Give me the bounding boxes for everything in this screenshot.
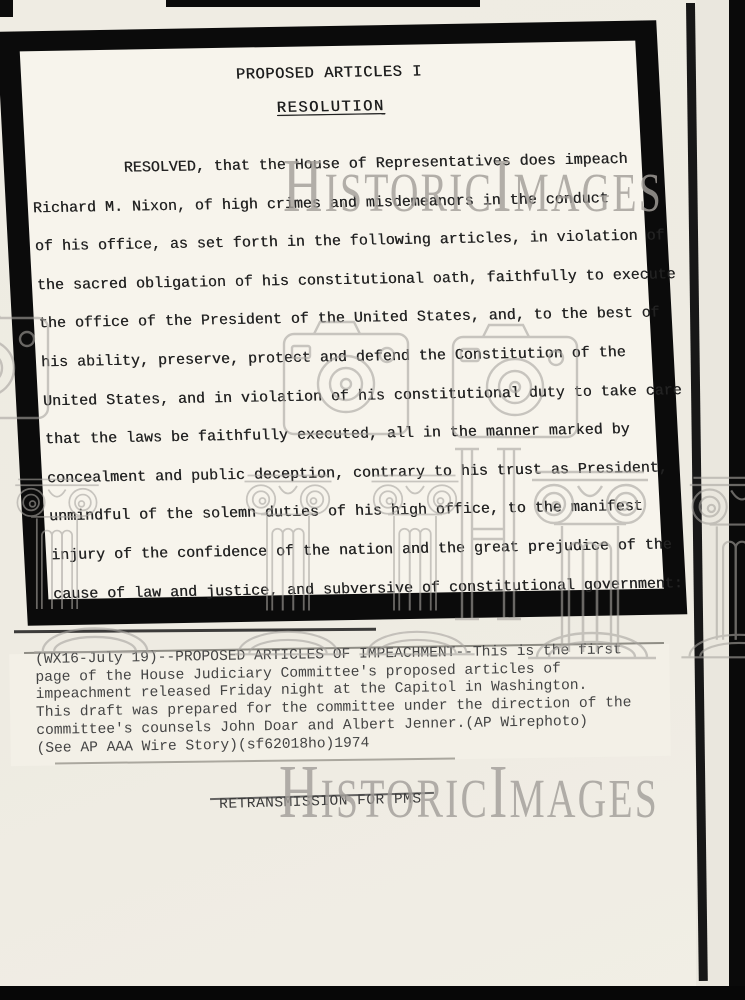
historicimages-watermark: HISTORICIMAGES: [279, 754, 659, 830]
photo-corner-mark: [0, 0, 13, 17]
watermark-letters: MAGES: [513, 162, 662, 223]
press-photo: { "brand": { "part1_big": "H", "part1_sm…: [0, 0, 745, 1000]
caption-text: (WX16-July 19)--PROPOSED ARTICLES OF IMP…: [35, 642, 667, 759]
watermark-letter: I: [493, 144, 513, 228]
document-title: PROPOSED ARTICLES I: [21, 59, 637, 88]
watermark-letter: H: [279, 750, 321, 834]
watermark-letter: H: [283, 144, 325, 228]
watermark-letters: ISTORIC: [321, 768, 489, 829]
historicimages-watermark: HISTORICIMAGES: [283, 148, 663, 224]
document-subtitle: RESOLUTION: [22, 93, 638, 122]
photo-top-edge-mark: [166, 0, 480, 7]
watermark-letters: ISTORIC: [325, 162, 493, 223]
watermark-letter: I: [489, 750, 509, 834]
photo-bottom-edge-strip: [0, 986, 745, 1000]
frame-shadow-line: [14, 628, 376, 634]
watermark-letters: MAGES: [509, 768, 658, 829]
document-page: PROPOSED ARTICLES I RESOLUTION RESOLVED,…: [0, 20, 687, 625]
photo-right-edge-strip: [729, 0, 745, 1000]
